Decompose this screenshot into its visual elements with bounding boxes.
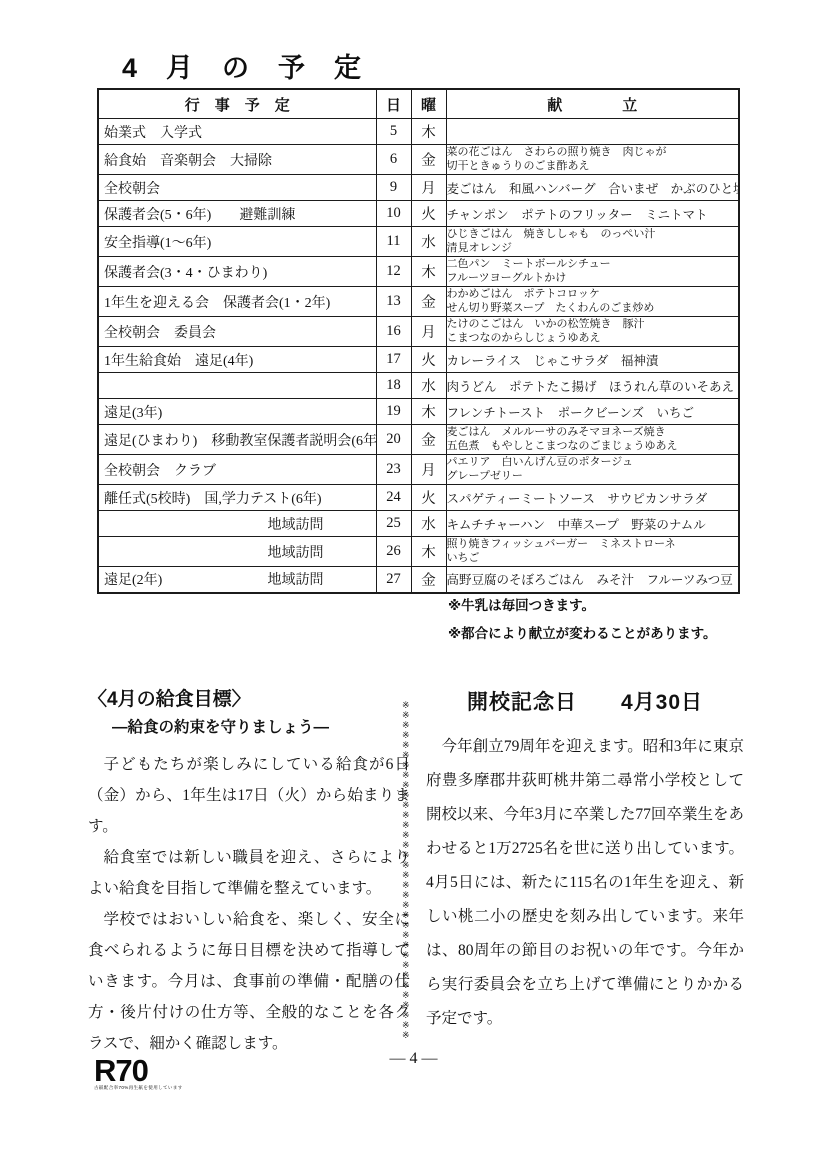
day-cell: 26 <box>376 537 411 567</box>
table-row: 全校朝会 9 月 麦ごはん 和風ハンバーグ 合いまぜ かぶのひと塩 <box>98 175 739 201</box>
event-label: 始業式 入学式 <box>104 122 202 142</box>
day-cell: 9 <box>376 175 411 201</box>
event-cell: 給食始 音楽朝会 大掃除 <box>98 145 376 175</box>
event-cell: 保護者会(5・6年) 避難訓練 <box>98 201 376 227</box>
weekday-cell: 水 <box>411 511 446 537</box>
table-row: 1年生給食始 遠足(4年) 17 火 カレーライス じゃこサラダ 福神漬 <box>98 347 739 373</box>
menu-line: いちご <box>447 552 739 566</box>
event-label: 保護者会(5・6年) 避難訓練 <box>104 204 295 224</box>
menu-line: ひじきごはん 焼きししゃも のっぺい汁 <box>447 228 739 242</box>
weekday-cell: 水 <box>411 373 446 399</box>
menu-line: パエリア 白いんげん豆のポタージュ <box>447 456 739 470</box>
table-row: 保護者会(5・6年) 避難訓練 10 火 チャンポン ポテトのフリッター ミニト… <box>98 201 739 227</box>
menu-line: チャンポン ポテトのフリッター ミニトマト <box>447 205 739 223</box>
event-right-label: 地域訪問 <box>268 542 324 562</box>
menu-line: せん切り野菜スープ たくわんのごま炒め <box>447 302 739 316</box>
event-cell: 1年生を迎える会 保護者会(1・2年) <box>98 287 376 317</box>
event-cell: 遠足(3年) <box>98 399 376 425</box>
weekday-cell: 月 <box>411 175 446 201</box>
menu-line: カレーライス じゃこサラダ 福神漬 <box>447 351 739 369</box>
day-cell: 27 <box>376 567 411 593</box>
lunch-goal-subheading: ―給食の約束を守りましょう― <box>112 715 410 737</box>
weekday-cell: 金 <box>411 567 446 593</box>
anniversary-paragraph: 今年創立79周年を迎えます。昭和3年に東京府豊多摩郡井荻町桃井第二尋常小学校とし… <box>426 730 744 1036</box>
event-label: 全校朝会 委員会 <box>104 322 216 342</box>
event-cell <box>98 373 376 399</box>
menu-line: 清見オレンジ <box>447 242 739 256</box>
vertical-asterisk-divider: ※ ※ ※ ※ ※ ※ ※ ※ ※ ※ ※ ※ ※ ※ ※ ※ ※ ※ ※ ※ … <box>402 700 414 1040</box>
table-row: 安全指導(1～6年) 11 水 ひじきごはん 焼きししゃも のっぺい汁清見オレン… <box>98 227 739 257</box>
menu-cell: ひじきごはん 焼きししゃも のっぺい汁清見オレンジ <box>446 227 739 257</box>
table-header-row: 行 事 予 定 日 曜 献 立 <box>98 89 739 119</box>
table-row: 離任式(5校時) 国,学力テスト(6年) 24 火 スパゲティーミートソース サ… <box>98 485 739 511</box>
event-right-label: 地域訪問 <box>268 514 324 534</box>
weekday-cell: 金 <box>411 145 446 175</box>
event-cell: 全校朝会 <box>98 175 376 201</box>
table-row: 1年生を迎える会 保護者会(1・2年) 13 金 わかめごはん ポテトコロッケせ… <box>98 287 739 317</box>
event-label: 遠足(ひまわり) 移動教室保護者説明会(6年) <box>104 430 376 450</box>
table-row: 保護者会(3・4・ひまわり) 12 木 二色パン ミートボールシチューフルーツヨ… <box>98 257 739 287</box>
event-label: 1年生給食始 遠足(4年) <box>104 350 253 370</box>
weekday-cell: 月 <box>411 317 446 347</box>
menu-cell: 高野豆腐のそぼろごはん みそ汁 フルーツみつ豆 <box>446 567 739 593</box>
weekday-cell: 木 <box>411 399 446 425</box>
event-label: 保護者会(3・4・ひまわり) <box>104 262 267 282</box>
anniversary-heading: 開校記念日 4月30日 <box>426 686 744 716</box>
menu-line: 麦ごはん メルルーサのみそマヨネーズ焼き <box>447 426 739 440</box>
day-cell: 20 <box>376 425 411 455</box>
col-header-event: 行 事 予 定 <box>98 89 376 119</box>
day-cell: 23 <box>376 455 411 485</box>
menu-cell: 麦ごはん 和風ハンバーグ 合いまぜ かぶのひと塩 <box>446 175 739 201</box>
menu-notes: ※牛乳は毎回つきます。 ※都合により献立が変わることがあります。 <box>448 592 717 648</box>
event-label: 離任式(5校時) 国,学力テスト(6年) <box>104 488 322 508</box>
menu-cell: 二色パン ミートボールシチューフルーツヨーグルトかけ <box>446 257 739 287</box>
day-cell: 5 <box>376 119 411 145</box>
menu-line: 二色パン ミートボールシチュー <box>447 258 739 272</box>
menu-cell <box>446 119 739 145</box>
menu-cell: パエリア 白いんげん豆のポタージュグレープゼリー <box>446 455 739 485</box>
event-cell: 遠足(ひまわり) 移動教室保護者説明会(6年) <box>98 425 376 455</box>
event-cell: 安全指導(1～6年) <box>98 227 376 257</box>
menu-line: キムチチャーハン 中華スープ 野菜のナムル <box>447 515 739 533</box>
menu-line: 高野豆腐のそぼろごはん みそ汁 フルーツみつ豆 <box>447 570 739 588</box>
page-title: 4 月 の 予 定 <box>122 46 362 85</box>
table-row: 全校朝会 クラブ 23 月 パエリア 白いんげん豆のポタージュグレープゼリー <box>98 455 739 485</box>
weekday-cell: 木 <box>411 537 446 567</box>
recycled-paper-logo-caption: 古紙配合率70%再生紙を使用しています <box>94 1085 183 1091</box>
weekday-cell: 水 <box>411 227 446 257</box>
event-label: 安全指導(1～6年) <box>104 232 211 252</box>
menu-line: こまつなのからしじょうゆあえ <box>447 332 739 346</box>
weekday-cell: 月 <box>411 455 446 485</box>
weekday-cell: 木 <box>411 257 446 287</box>
event-label: 1年生を迎える会 保護者会(1・2年) <box>104 292 330 312</box>
menu-cell: 照り焼きフィッシュバーガー ミネストローネいちご <box>446 537 739 567</box>
table-row: 地域訪問 26 木 照り焼きフィッシュバーガー ミネストローネいちご <box>98 537 739 567</box>
menu-line: グレープゼリー <box>447 470 739 484</box>
day-cell: 13 <box>376 287 411 317</box>
lunch-goal-paragraph: 学校ではおいしい給食を、楽しく、安全に食べられるように毎日目標を決めて指導してい… <box>88 904 410 1059</box>
table-row: 給食始 音楽朝会 大掃除 6 金 菜の花ごはん さわらの照り焼き 肉じゃが切干と… <box>98 145 739 175</box>
table-row: 遠足(3年) 19 木 フレンチトースト ポークビーンズ いちご <box>98 399 739 425</box>
event-cell: 始業式 入学式 <box>98 119 376 145</box>
col-header-menu: 献 立 <box>446 89 739 119</box>
schedule-body: 始業式 入学式 5 木 給食始 音楽朝会 大掃除 6 金 菜の花ごはん さわらの… <box>98 119 739 593</box>
menu-line: フルーツヨーグルトかけ <box>447 272 739 286</box>
menu-cell: たけのこごはん いかの松笠焼き 豚汁こまつなのからしじょうゆあえ <box>446 317 739 347</box>
menu-cell: チャンポン ポテトのフリッター ミニトマト <box>446 201 739 227</box>
menu-cell: 麦ごはん メルルーサのみそマヨネーズ焼き五色煮 もやしとこまつなのごまじょうゆあ… <box>446 425 739 455</box>
event-label: 全校朝会 クラブ <box>104 460 216 480</box>
menu-line: 照り焼きフィッシュバーガー ミネストローネ <box>447 538 739 552</box>
lunch-goal-heading: 〈4月の給食目標〉 <box>88 684 410 711</box>
day-cell: 12 <box>376 257 411 287</box>
menu-line: 切干ときゅうりのごま酢あえ <box>447 160 739 174</box>
menu-line: 五色煮 もやしとこまつなのごまじょうゆあえ <box>447 440 739 454</box>
menu-line: たけのこごはん いかの松笠焼き 豚汁 <box>447 318 739 332</box>
lunch-goal-section: 〈4月の給食目標〉 ―給食の約束を守りましょう― 子どもたちが楽しみにしている給… <box>88 684 410 1059</box>
day-cell: 19 <box>376 399 411 425</box>
day-cell: 11 <box>376 227 411 257</box>
page-number: ― 4 ― <box>0 1050 827 1068</box>
event-label: 全校朝会 <box>104 178 160 198</box>
event-cell: 1年生給食始 遠足(4年) <box>98 347 376 373</box>
newsletter-page: 4 月 の 予 定 行 事 予 定 日 曜 献 立 始業式 入学式 5 木 <box>0 0 827 1170</box>
menu-line: フレンチトースト ポークビーンズ いちご <box>447 403 739 421</box>
menu-cell: キムチチャーハン 中華スープ 野菜のナムル <box>446 511 739 537</box>
anniversary-section: 開校記念日 4月30日 今年創立79周年を迎えます。昭和3年に東京府豊多摩郡井荻… <box>426 686 744 1036</box>
day-cell: 16 <box>376 317 411 347</box>
menu-line: 肉うどん ポテトたこ揚げ ほうれん草のいそあえ <box>447 377 739 395</box>
menu-cell: わかめごはん ポテトコロッケせん切り野菜スープ たくわんのごま炒め <box>446 287 739 317</box>
weekday-cell: 火 <box>411 347 446 373</box>
menu-line: 麦ごはん 和風ハンバーグ 合いまぜ かぶのひと塩 <box>447 179 739 197</box>
table-row: 18 水 肉うどん ポテトたこ揚げ ほうれん草のいそあえ <box>98 373 739 399</box>
note-change: ※都合により献立が変わることがあります。 <box>448 620 717 648</box>
event-cell: 全校朝会 クラブ <box>98 455 376 485</box>
menu-line: スパゲティーミートソース サウピカンサラダ <box>447 489 739 507</box>
event-cell: 離任式(5校時) 国,学力テスト(6年) <box>98 485 376 511</box>
menu-cell: スパゲティーミートソース サウピカンサラダ <box>446 485 739 511</box>
menu-line: 菜の花ごはん さわらの照り焼き 肉じゃが <box>447 146 739 160</box>
day-cell: 17 <box>376 347 411 373</box>
weekday-cell: 火 <box>411 485 446 511</box>
table-row: 全校朝会 委員会 16 月 たけのこごはん いかの松笠焼き 豚汁こまつなのからし… <box>98 317 739 347</box>
schedule-table: 行 事 予 定 日 曜 献 立 始業式 入学式 5 木 給食始 音楽朝会 大掃除 <box>97 88 740 594</box>
table-row: 遠足(ひまわり) 移動教室保護者説明会(6年) 20 金 麦ごはん メルルーサの… <box>98 425 739 455</box>
event-cell: 保護者会(3・4・ひまわり) <box>98 257 376 287</box>
event-cell: 遠足(2年) 地域訪問 <box>98 567 376 593</box>
table-row: 地域訪問 25 水 キムチチャーハン 中華スープ 野菜のナムル <box>98 511 739 537</box>
menu-cell: カレーライス じゃこサラダ 福神漬 <box>446 347 739 373</box>
lunch-goal-paragraph: 子どもたちが楽しみにしている給食が6日（金）から、1年生は17日（火）から始まり… <box>88 749 410 842</box>
day-cell: 24 <box>376 485 411 511</box>
menu-cell: フレンチトースト ポークビーンズ いちご <box>446 399 739 425</box>
menu-cell: 菜の花ごはん さわらの照り焼き 肉じゃが切干ときゅうりのごま酢あえ <box>446 145 739 175</box>
menu-line: わかめごはん ポテトコロッケ <box>447 288 739 302</box>
event-cell: 地域訪問 <box>98 537 376 567</box>
lunch-goal-paragraph: 給食室では新しい職員を迎え、さらによりよい給食を目指して準備を整えています。 <box>88 842 410 904</box>
col-header-weekday: 曜 <box>411 89 446 119</box>
event-right-label: 地域訪問 <box>268 569 324 589</box>
day-cell: 18 <box>376 373 411 399</box>
table-row: 始業式 入学式 5 木 <box>98 119 739 145</box>
weekday-cell: 金 <box>411 425 446 455</box>
note-milk: ※牛乳は毎回つきます。 <box>448 592 717 620</box>
day-cell: 25 <box>376 511 411 537</box>
event-cell: 地域訪問 <box>98 511 376 537</box>
weekday-cell: 木 <box>411 119 446 145</box>
event-label: 遠足(2年) <box>104 569 162 589</box>
event-label: 遠足(3年) <box>104 402 162 422</box>
menu-cell: 肉うどん ポテトたこ揚げ ほうれん草のいそあえ <box>446 373 739 399</box>
event-cell: 全校朝会 委員会 <box>98 317 376 347</box>
day-cell: 10 <box>376 201 411 227</box>
event-label: 給食始 音楽朝会 大掃除 <box>104 150 272 170</box>
day-cell: 6 <box>376 145 411 175</box>
table-row: 遠足(2年) 地域訪問 27 金 高野豆腐のそぼろごはん みそ汁 フルーツみつ豆 <box>98 567 739 593</box>
col-header-day: 日 <box>376 89 411 119</box>
weekday-cell: 火 <box>411 201 446 227</box>
weekday-cell: 金 <box>411 287 446 317</box>
